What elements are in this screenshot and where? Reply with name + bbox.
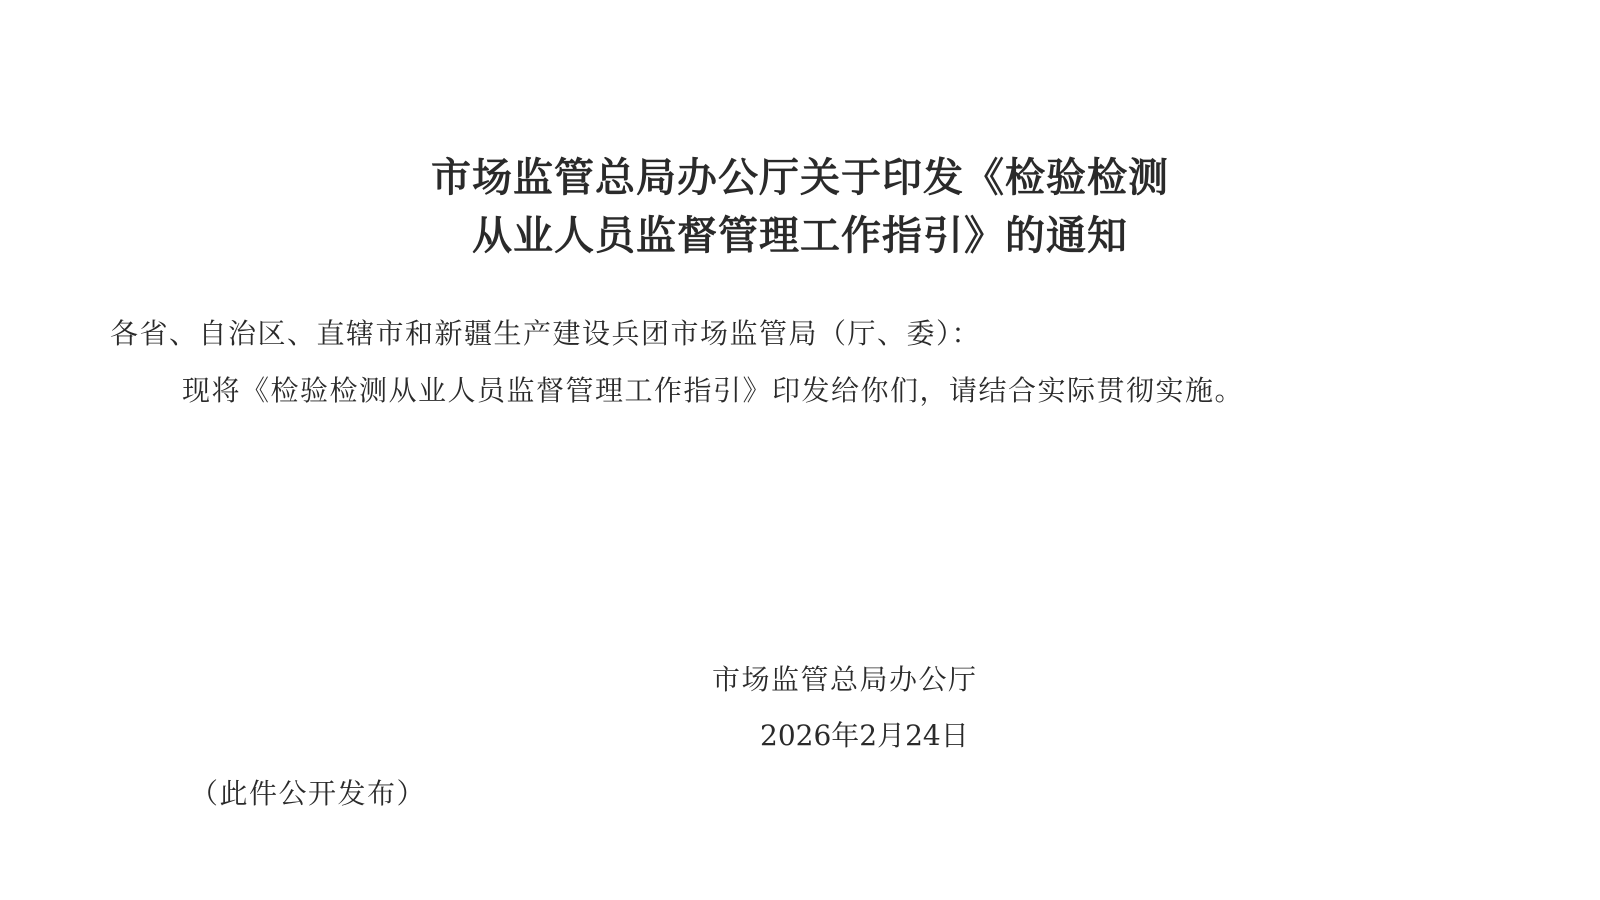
document-title: 市场监管总局办公厅关于印发《检验检测 从业人员监督管理工作指引》的通知 [0,149,1600,265]
publication-note: （此件公开发布） [190,766,426,822]
body-paragraph: 现将《检验检测从业人员监督管理工作指引》印发给你们，请结合实际贯彻实施。 [110,362,1430,420]
issuing-organization: 市场监管总局办公厅 [712,652,1042,708]
signature-block: 市场监管总局办公厅 2026年2月24日 [712,652,1042,764]
title-line-1: 市场监管总局办公厅关于印发《检验检测 [0,149,1600,207]
title-line-2: 从业人员监督管理工作指引》的通知 [0,207,1600,265]
salutation: 各省、自治区、直辖市和新疆生产建设兵团市场监管局（厅、委）： [110,305,1510,363]
issue-date: 2026年2月24日 [712,708,1042,764]
